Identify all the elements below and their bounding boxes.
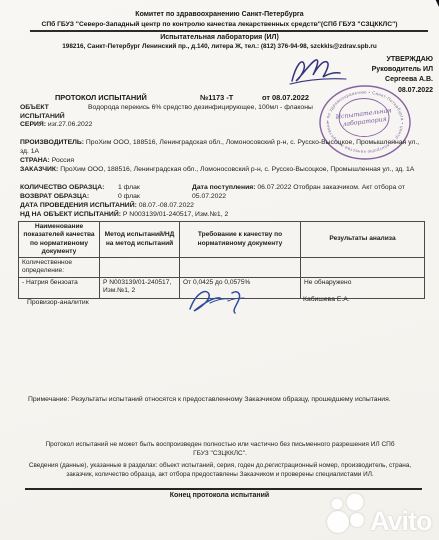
protocol-number: №1173 -Т [200,93,233,102]
customer-line: ЗАКАЗЧИК: ПроХим ООО, 188516, Ленинградс… [20,166,426,175]
sample-quantity-value: 1 флак [118,184,140,193]
organization-name: СПб ГБУЗ "Северо-Западный центр по контр… [0,21,439,28]
table-header-row: Наименование показателей качества по нор… [19,222,425,258]
footer-divider [25,488,422,490]
laboratory-name: Испытательная лаборатория (ИЛ) [0,34,439,41]
cell-indicator: Количественное определение: [19,258,100,278]
approval-word: УТВЕРЖДАЮ [372,55,433,65]
col-header-method: Метод испытаний/НД на метод испытаний [100,222,180,258]
sample-return-label: ВОЗВРАТ ОБРАЗЦА: [20,193,89,202]
object-value: Водорода перекись 6% средство дезинфицир… [88,104,350,113]
analyst-role: Провизор-аналитик [27,299,89,308]
sample-return-value: 0 флак [118,193,140,202]
country-line: СТРАНА: Россия [20,157,74,166]
col-header-requirement: Требование к качеству по нормативному до… [180,222,301,258]
approver-role: Руководитель ИЛ [372,65,433,75]
note-line: Примечание: Результаты испытаний относят… [28,396,391,405]
letterhead-divider [30,30,428,32]
manufacturer-line: ПРОИЗВОДИТЕЛЬ: ПроХим ООО, 188516, Ленин… [20,139,426,157]
cell-method [100,258,180,278]
footer-copyright: Протокол испытаний не может быть воспрои… [42,441,398,458]
series-label: СЕРИЯ: [20,121,46,128]
normative-doc-line: НД НА ОБЪЕКТ ИСПЫТАНИЙ: Р N003139/01-240… [20,211,228,220]
laboratory-address: 198216, Санкт-Петербург Ленинский пр., д… [0,43,439,50]
series-value: изг.27.06.2022 [48,121,92,128]
received-date-line: Дата поступления: 06.07.2022 Отобран зак… [192,184,432,202]
committee-name: Комитет по здравоохранению Санкт-Петербу… [0,11,439,18]
cell-indicator: - Натрия бензоата [19,277,100,298]
col-header-results: Результаты анализа [301,222,425,258]
analyst-name: Кабишева Е.А. [303,296,350,305]
object-label: ОБЪЕКТ ИСПЫТАНИЙ [20,104,65,122]
avito-watermark-icon: Avito [326,492,438,538]
photo-corner-artifact [433,0,439,7]
protocol-date: от 08.07.2022 [262,93,309,102]
test-date-line: ДАТА ПРОВЕДЕНИЯ ИСПЫТАНИЙ: 08.07.-08.07.… [20,202,194,211]
cell-requirement [180,258,301,278]
cell-method: Р N003139/01-240517, Изм.№1, 2 [100,277,180,298]
footer-data-note: Сведения (данные), указанные в разделах:… [17,462,423,479]
analyst-signature-icon [182,285,248,319]
table-row: Количественное определение: [19,258,425,278]
series-line: СЕРИЯ: изг.27.06.2022 [20,121,92,130]
avito-watermark-text: Avito [370,506,432,536]
letterhead: Комитет по здравоохранению Санкт-Петербу… [0,11,439,28]
protocol-title: ПРОТОКОЛ ИСПЫТАНИЙ [55,93,147,102]
sample-quantity-label: КОЛИЧЕСТВО ОБРАЗЦА: [20,184,104,193]
cell-result [301,258,425,278]
col-header-indicator: Наименование показателей качества по нор… [19,222,100,258]
document-page: Комитет по здравоохранению Санкт-Петербу… [0,0,439,540]
